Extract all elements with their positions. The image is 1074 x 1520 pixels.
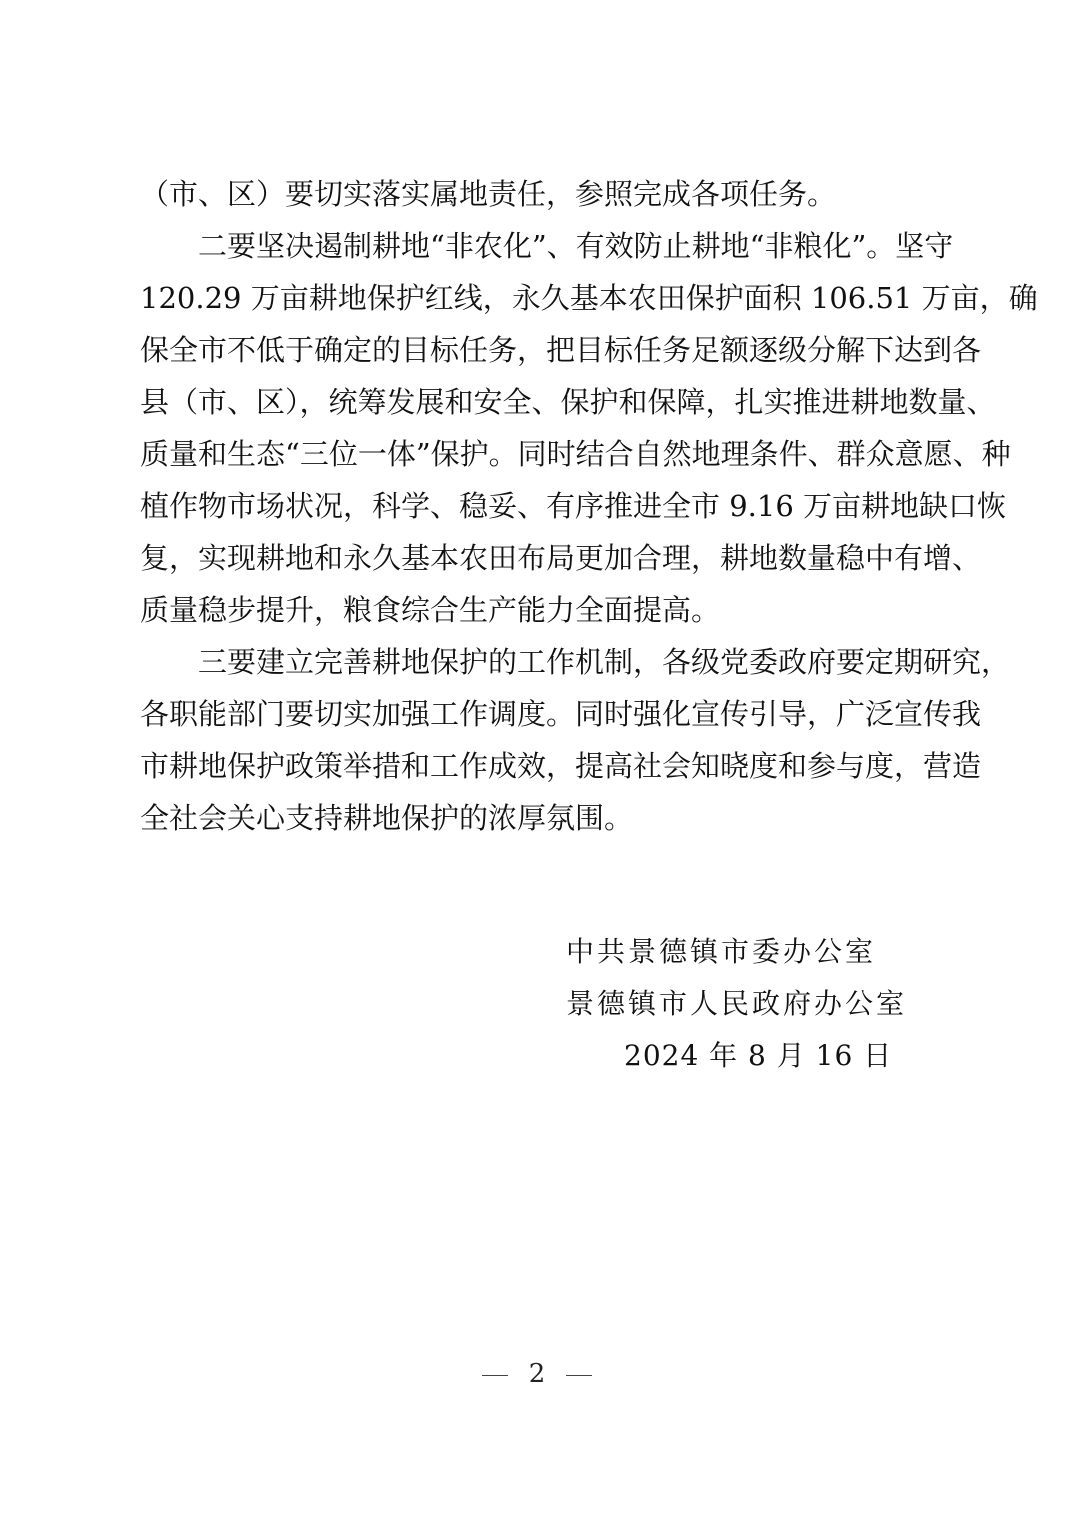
paragraph-2-line-7: 复，实现耕地和永久基本农田布局更加合理，耕地数量稳中有增、 xyxy=(140,532,940,584)
paragraph-3-line-4: 全社会关心支持耕地保护的浓厚氛围。 xyxy=(140,792,940,844)
paragraph-2-line-6: 植作物市场状况，科学、稳妥、有序推进全市 9.16 万亩耕地缺口恢 xyxy=(140,480,940,532)
page-number-left-dash xyxy=(482,1375,508,1376)
issue-date: 2024 年 8 月 16 日 xyxy=(566,1030,866,1082)
document-page: （市、区）要切实落实属地责任，参照完成各项任务。 二要坚决遏制耕地“非农化”、有… xyxy=(0,0,1074,1520)
document-body: （市、区）要切实落实属地责任，参照完成各项任务。 二要坚决遏制耕地“非农化”、有… xyxy=(140,168,940,844)
paragraph-3-line-3: 市耕地保护政策举措和工作成效，提高社会知晓度和参与度，营造 xyxy=(140,740,940,792)
issuer-government-office: 景德镇市人民政府办公室 xyxy=(566,978,866,1030)
paragraph-2-line-3: 保全市不低于确定的目标任务，把目标任务足额逐级分解下达到各 xyxy=(140,324,940,376)
paragraph-2-line-1: 二要坚决遏制耕地“非农化”、有效防止耕地“非粮化”。坚守 xyxy=(140,220,940,272)
paragraph-3-line-2: 各职能部门要切实加强工作调度。同时强化宣传引导，广泛宣传我 xyxy=(140,688,940,740)
issuer-party-office: 中共景德镇市委办公室 xyxy=(566,926,866,978)
paragraph-3-line-1: 三要建立完善耕地保护的工作机制，各级党委政府要定期研究， xyxy=(140,636,940,688)
paragraph-1-line-1: （市、区）要切实落实属地责任，参照完成各项任务。 xyxy=(140,168,940,220)
page-number: 2 xyxy=(529,1359,546,1389)
paragraph-2-line-2: 120.29 万亩耕地保护红线，永久基本农田保护面积 106.51 万亩，确 xyxy=(140,272,940,324)
paragraph-2-line-4: 县（市、区），统筹发展和安全、保护和保障，扎实推进耕地数量、 xyxy=(140,376,940,428)
page-number-right-dash xyxy=(566,1375,592,1376)
paragraph-2-line-8: 质量稳步提升，粮食综合生产能力全面提高。 xyxy=(140,584,940,636)
page-footer: 2 xyxy=(0,1358,1074,1390)
paragraph-2-line-5: 质量和生态“三位一体”保护。同时结合自然地理条件、群众意愿、种 xyxy=(140,428,940,480)
signature-block: 中共景德镇市委办公室 景德镇市人民政府办公室 2024 年 8 月 16 日 xyxy=(566,926,866,1082)
